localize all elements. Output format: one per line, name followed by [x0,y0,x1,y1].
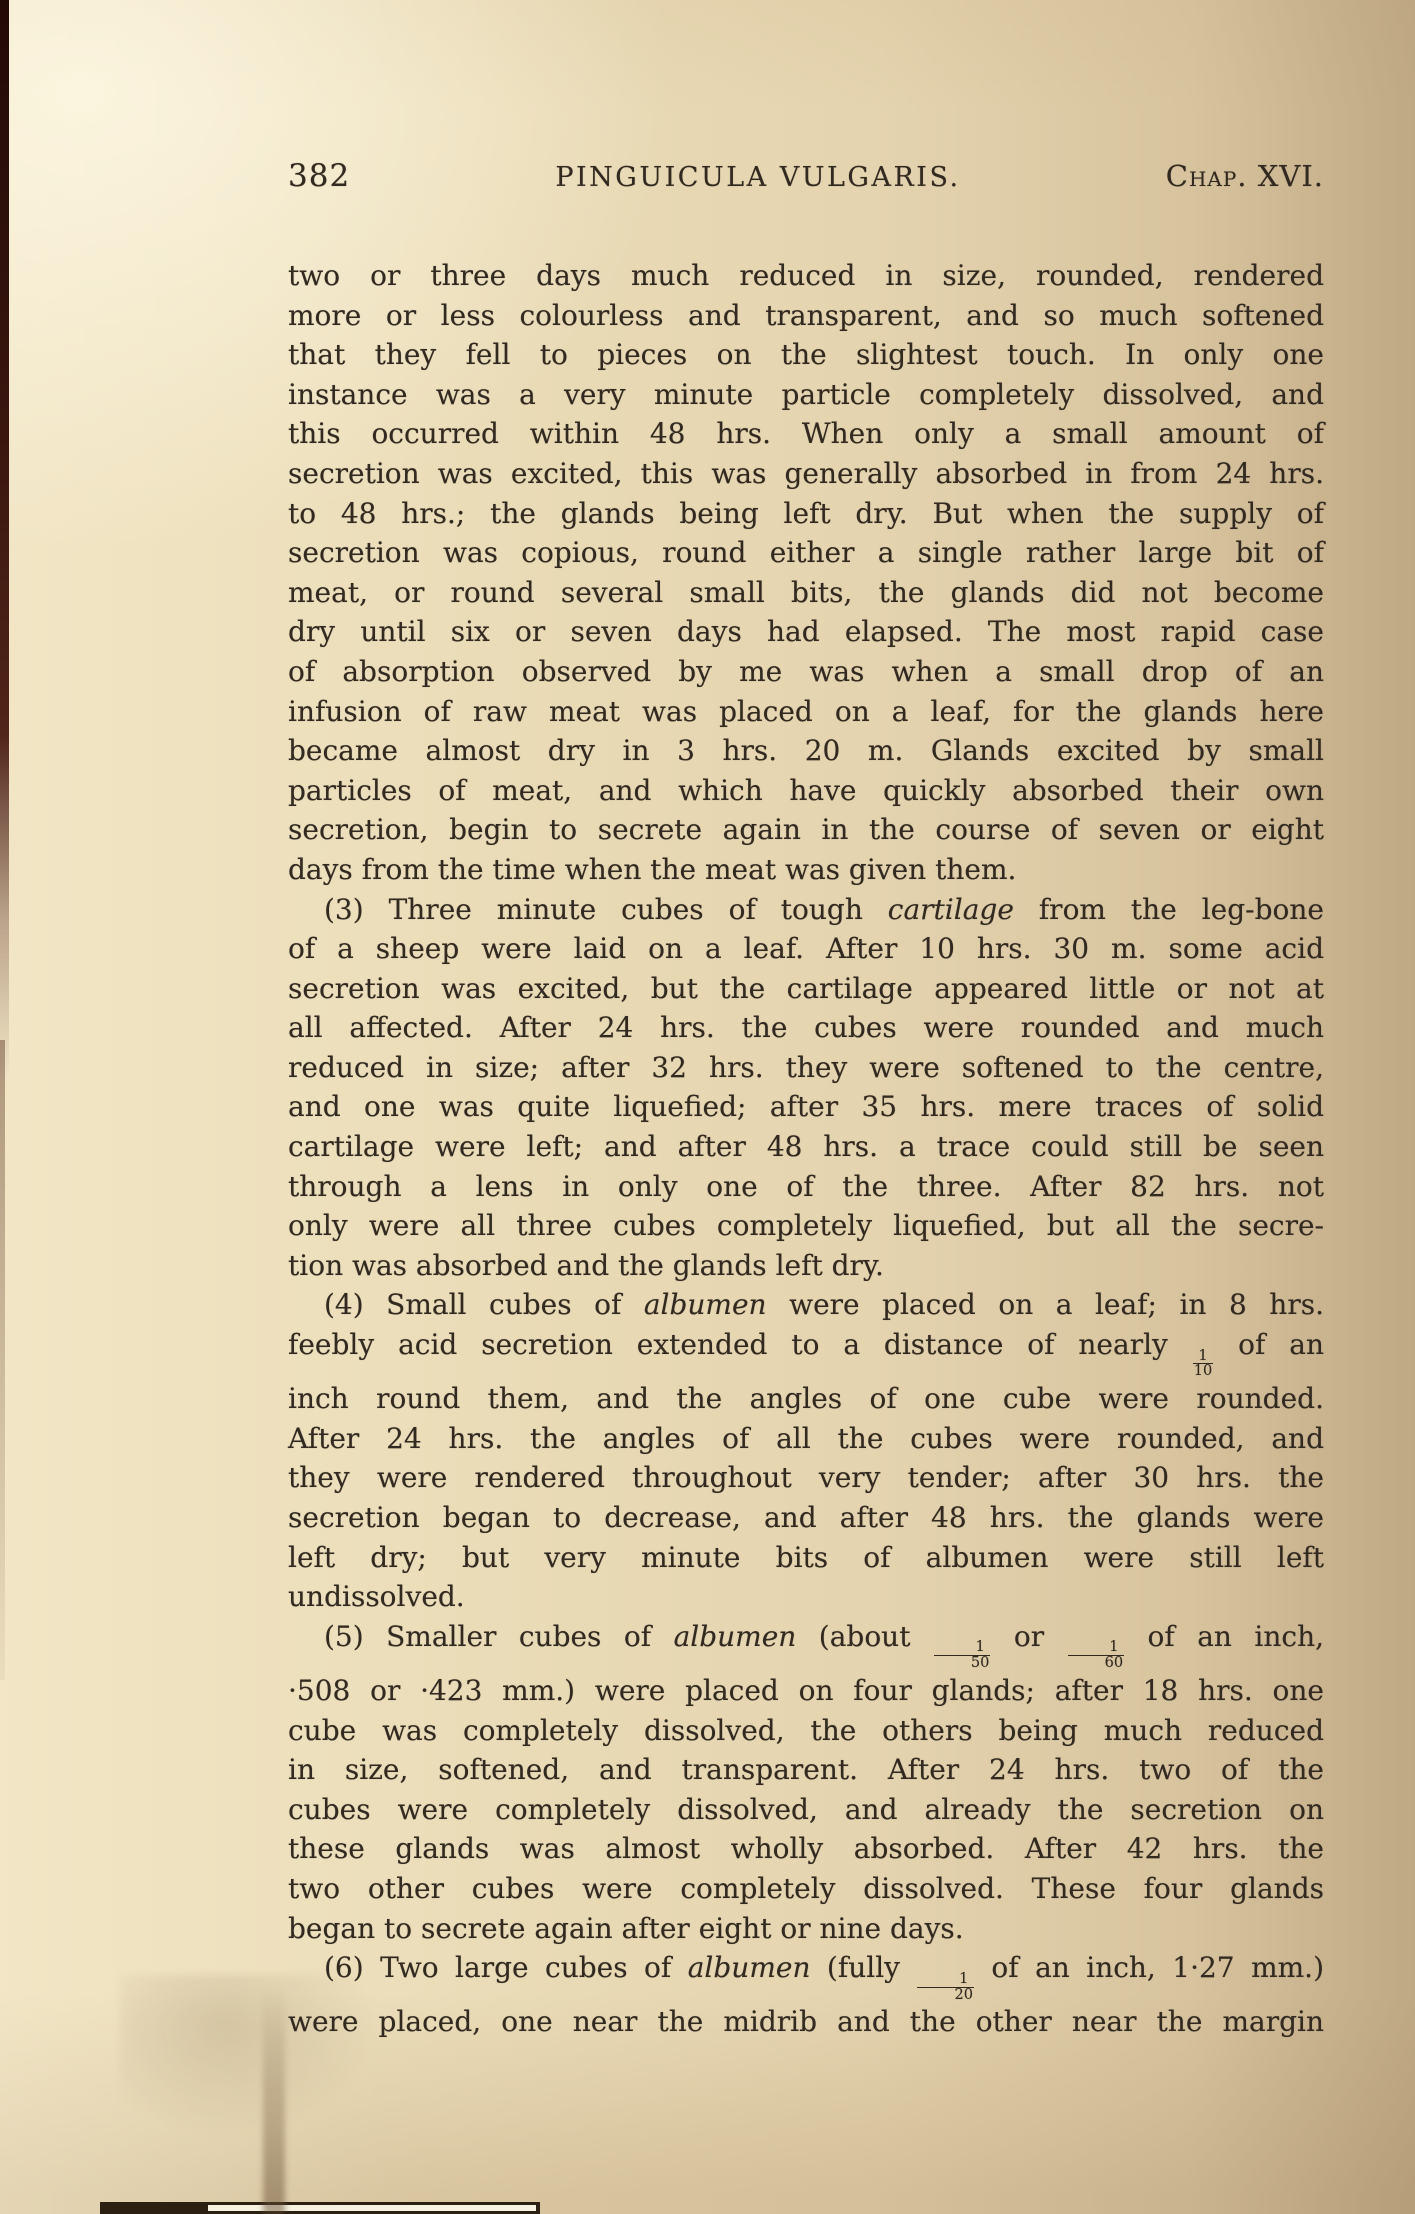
text-run: to 48 hrs.; the glands being left dry. B… [288,497,1324,530]
text-run: (about [796,1620,933,1653]
stacked-fraction: 120 [916,1972,975,2003]
text-run: this occurred within 48 hrs. When only a… [288,417,1324,450]
italic-term: albumen [674,1620,797,1653]
text-line: were placed, one near the midrib and the… [288,2002,1324,2042]
italic-term: cartilage [888,893,1014,926]
italic-term: albumen [644,1288,767,1321]
text-line: reduced in size; after 32 hrs. they were… [288,1048,1324,1088]
text-line: through a lens in only one of the three.… [288,1167,1324,1207]
text-line: became almost dry in 3 hrs. 20 m. Glands… [288,731,1324,771]
text-run: infusion of raw meat was placed on a lea… [288,695,1324,728]
text-run: ·508 or ·423 mm.) were placed on four gl… [288,1674,1324,1707]
text-line: undissolved. [288,1577,1324,1617]
text-run: were placed, one near the midrib and the… [288,2005,1324,2038]
text-line: secretion was copious, round either a si… [288,533,1324,573]
text-run: or [991,1620,1066,1653]
text-line: these glands was almost wholly absorbed.… [288,1829,1324,1869]
text-line: particles of meat, and which have quickl… [288,771,1324,811]
book-page: 382 PINGUICULA VULGARIS. Chap. XVI. two … [0,0,1415,2214]
paragraph: (6) Two large cubes of albumen (fully 12… [288,1948,1324,2042]
text-line: all affected. After 24 hrs. the cubes we… [288,1008,1324,1048]
binding-edge-fade [0,1040,5,1680]
chapter-heading: Chap. XVI. [1166,156,1324,196]
text-run: only were all three cubes completely liq… [288,1209,1324,1242]
text-run: instance was a very minute particle comp… [288,378,1324,411]
text-run: they were rendered throughout very tende… [288,1461,1324,1494]
text-run: (3) Three minute cubes of tough [324,893,888,926]
text-run: feebly acid secretion extended to a dist… [288,1328,1192,1361]
text-run: became almost dry in 3 hrs. 20 m. Glands… [288,734,1324,767]
text-line: that they fell to pieces on the slightes… [288,335,1324,375]
text-line: secretion was excited, this was generall… [288,454,1324,494]
text-line: instance was a very minute particle comp… [288,375,1324,415]
text-line: dry until six or seven days had elapsed.… [288,612,1324,652]
text-run: (fully [810,1951,916,1984]
text-run: two or three days much reduced in size, … [288,259,1324,292]
binding-edge-strip [0,0,9,1080]
text-run: (6) Two large cubes of [324,1951,688,1984]
page-number: 382 [288,156,350,196]
text-run: reduced in size; after 32 hrs. they were… [288,1051,1324,1084]
text-line: (3) Three minute cubes of tough cartilag… [288,890,1324,930]
text-block: 382 PINGUICULA VULGARIS. Chap. XVI. two … [288,156,1324,2042]
stacked-fraction: 150 [933,1640,992,1671]
paragraph: (3) Three minute cubes of tough cartilag… [288,890,1324,1286]
text-run: were placed on a leaf; in 8 hrs. [767,1288,1324,1321]
text-run: (5) Smaller cubes of [324,1620,674,1653]
text-run: secretion began to decrease, and after 4… [288,1501,1324,1534]
text-run: of an inch, [1125,1620,1324,1653]
text-run: undissolved. [288,1580,465,1613]
text-run: cubes were completely dissolved, and alr… [288,1793,1324,1826]
text-run: secretion was excited, but the cartilage… [288,972,1324,1005]
stacked-fraction: 110 [1192,1349,1215,1380]
text-line: tion was absorbed and the glands left dr… [288,1246,1324,1286]
text-line: and one was quite liquefied; after 35 hr… [288,1087,1324,1127]
text-run: two other cubes were completely dissolve… [288,1872,1324,1905]
text-run: tion was absorbed and the glands left dr… [288,1249,884,1282]
text-line: (6) Two large cubes of albumen (fully 12… [288,1948,1324,2002]
next-page-sliver [208,2205,536,2211]
text-line: this occurred within 48 hrs. When only a… [288,414,1324,454]
page-header: 382 PINGUICULA VULGARIS. Chap. XVI. [288,156,1324,198]
text-run: and one was quite liquefied; after 35 hr… [288,1090,1324,1123]
text-line: (5) Smaller cubes of albumen (about 150 … [288,1617,1324,1671]
stacked-fraction: 160 [1067,1640,1126,1671]
text-line: two or three days much reduced in size, … [288,256,1324,296]
text-line: of a sheep were laid on a leaf. After 10… [288,929,1324,969]
paragraph: two or three days much reduced in size, … [288,256,1324,890]
text-line: infusion of raw meat was placed on a lea… [288,692,1324,732]
text-line: secretion was excited, but the cartilage… [288,969,1324,1009]
text-run: all affected. After 24 hrs. the cubes we… [288,1011,1324,1044]
text-line: more or less colourless and transparent,… [288,296,1324,336]
text-run: dry until six or seven days had elapsed.… [288,615,1324,648]
text-line: secretion, begin to secrete again in the… [288,810,1324,850]
text-run: that they fell to pieces on the slightes… [288,338,1324,371]
text-line: feebly acid secretion extended to a dist… [288,1325,1324,1379]
page-body: two or three days much reduced in size, … [288,256,1324,2042]
text-run: cartilage were left; and after 48 hrs. a… [288,1130,1324,1163]
text-run: After 24 hrs. the angles of all the cube… [288,1422,1324,1455]
text-run: meat, or round several small bits, the g… [288,576,1324,609]
text-run: inch round them, and the angles of one c… [288,1382,1324,1415]
paragraph: (4) Small cubes of albumen were placed o… [288,1285,1324,1616]
text-line: (4) Small cubes of albumen were placed o… [288,1285,1324,1325]
text-run: began to secrete again after eight or ni… [288,1912,964,1945]
text-run: of a sheep were laid on a leaf. After 10… [288,932,1324,965]
text-line: secretion began to decrease, and after 4… [288,1498,1324,1538]
text-run: of an inch, 1·27 mm.) [975,1951,1324,1984]
text-run: particles of meat, and which have quickl… [288,774,1324,807]
text-run: cube was completely dissolved, the other… [288,1714,1324,1747]
text-line: cubes were completely dissolved, and alr… [288,1790,1324,1830]
paragraph: (5) Smaller cubes of albumen (about 150 … [288,1617,1324,1948]
text-run: days from the time when the meat was giv… [288,853,1016,886]
text-line: only were all three cubes completely liq… [288,1206,1324,1246]
text-line: left dry; but very minute bits of albume… [288,1538,1324,1578]
text-run: left dry; but very minute bits of albume… [288,1541,1324,1574]
text-line: they were rendered throughout very tende… [288,1458,1324,1498]
text-line: in size, softened, and transparent. Afte… [288,1750,1324,1790]
text-line: ·508 or ·423 mm.) were placed on four gl… [288,1671,1324,1711]
text-run: of an [1214,1328,1324,1361]
text-run: these glands was almost wholly absorbed.… [288,1832,1324,1865]
text-run: of absorption observed by me was when a … [288,655,1324,688]
text-run: more or less colourless and transparent,… [288,299,1324,332]
text-line: meat, or round several small bits, the g… [288,573,1324,613]
text-run: from the leg-bone [1014,893,1324,926]
text-run: in size, softened, and transparent. Afte… [288,1753,1324,1786]
text-line: to 48 hrs.; the glands being left dry. B… [288,494,1324,534]
text-line: of absorption observed by me was when a … [288,652,1324,692]
text-run: secretion was copious, round either a si… [288,536,1324,569]
text-run: secretion was excited, this was generall… [288,457,1324,490]
text-line: began to secrete again after eight or ni… [288,1909,1324,1949]
text-line: cartilage were left; and after 48 hrs. a… [288,1127,1324,1167]
text-run: through a lens in only one of the three.… [288,1170,1324,1203]
text-run: (4) Small cubes of [324,1288,644,1321]
running-title: PINGUICULA VULGARIS. [350,158,1166,198]
text-line: days from the time when the meat was giv… [288,850,1324,890]
text-line: two other cubes were completely dissolve… [288,1869,1324,1909]
text-line: cube was completely dissolved, the other… [288,1711,1324,1751]
text-line: After 24 hrs. the angles of all the cube… [288,1419,1324,1459]
text-line: inch round them, and the angles of one c… [288,1379,1324,1419]
italic-term: albumen [688,1951,811,1984]
text-run: secretion, begin to secrete again in the… [288,813,1324,846]
